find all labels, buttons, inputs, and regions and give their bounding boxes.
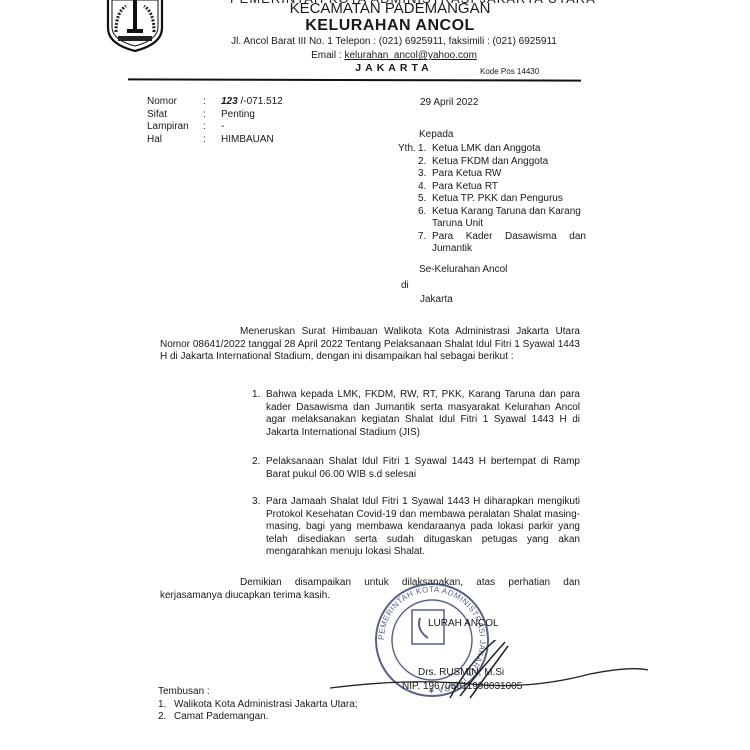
meta-hal: Hal : HIMBAUAN	[147, 134, 283, 147]
kepada-label: Kepada	[419, 129, 453, 142]
meta-colon: :	[203, 109, 221, 122]
signatory-position: LURAH ANCOL	[428, 618, 499, 629]
tembusan-item: 2. Camat Pademangan.	[158, 711, 358, 724]
recipient-text: Para Ketua RW	[432, 168, 501, 181]
recipient-item: 5.Ketua TP. PKK dan Pengurus	[418, 193, 586, 206]
recipient-number: 5.	[418, 193, 432, 206]
letterhead-kecamatan: KECAMATAN PADEMANGAN	[200, 0, 580, 17]
intro-paragraph: Meneruskan Surat Himbauan Walikota Kota …	[160, 326, 580, 364]
yth-label: Yth.	[398, 143, 416, 156]
letterhead-address: Jl. Ancol Barat III No. 1 Telepon : (021…	[214, 36, 574, 47]
meta-value: HIMBAUAN	[221, 134, 274, 147]
recipient-item: 1.Ketua LMK dan Anggota	[418, 143, 586, 156]
recipient-item: 4.Para Ketua RT	[418, 181, 586, 194]
tembusan-section: Tembusan : 1. Walikota Kota Administrasi…	[158, 686, 358, 724]
meta-nomor: Nomor : 123 /-071.512	[147, 96, 283, 109]
recipient-text: Ketua Karang Taruna dan Karang Taruna Un…	[432, 206, 586, 231]
recipient-list: 1.Ketua LMK dan Anggota2.Ketua FKDM dan …	[418, 143, 586, 256]
item-number: 2.	[158, 711, 174, 724]
tembusan-item: 1. Walikota Kota Administrasi Jakarta Ut…	[158, 699, 358, 712]
meta-label: Nomor	[147, 96, 203, 109]
meta-value: -	[221, 121, 224, 134]
item-number: 1.	[252, 389, 266, 439]
recipient-item: 7.Para Kader Dasawisma dan Jumantik	[418, 231, 586, 256]
letter-date: 29 April 2022	[420, 97, 478, 110]
closing-paragraph: Demikian disampaikan untuk dilaksanakan,…	[160, 577, 580, 602]
meta-colon: :	[203, 96, 221, 109]
item-text: Bahwa kepada LMK, FKDM, RW, RT, PKK, Kar…	[266, 389, 580, 439]
recipient-city: Jakarta	[420, 294, 453, 307]
email-label: Email :	[311, 50, 344, 61]
letterhead-kelurahan: KELURAHAN ANCOL	[200, 17, 580, 35]
item-number: 2.	[252, 456, 266, 481]
item-text: Para Jamaah Shalat Idul Fitri 1 Syawal 1…	[266, 496, 580, 559]
body-item: 3. Para Jamaah Shalat Idul Fitri 1 Syawa…	[252, 496, 580, 559]
recipient-text: Para Ketua RT	[432, 181, 498, 194]
meta-value: Penting	[221, 109, 255, 122]
signatory-nip: NIP. 196705011998031005	[402, 681, 522, 692]
signatory-name: Drs. RUSMIN, M.Si	[418, 667, 504, 678]
meta-value-text: /-071.512	[238, 96, 283, 107]
recipient-number: 3.	[418, 168, 432, 181]
jakarta-coat-of-arms-icon	[102, 0, 168, 52]
body-item: 1. Bahwa kepada LMK, FKDM, RW, RT, PKK, …	[252, 389, 580, 439]
meta-colon: :	[203, 134, 221, 147]
handwritten-number: 123	[221, 96, 238, 107]
body-item: 2. Pelaksanaan Shalat Idul Fitri 1 Syawa…	[252, 456, 580, 481]
letterhead-divider	[128, 78, 581, 81]
recipient-area: Se-Kelurahan Ancol	[419, 264, 507, 277]
email-link[interactable]: kelurahan_ancol@yahoo.com	[344, 50, 476, 61]
recipient-text: Ketua LMK dan Anggota	[432, 143, 540, 156]
meta-lampiran: Lampiran : -	[147, 121, 283, 134]
letterhead-email-line: Email : kelurahan_ancol@yahoo.com	[214, 50, 574, 61]
recipient-number: 1.	[418, 143, 432, 156]
recipient-item: 3.Para Ketua RW	[418, 168, 586, 181]
postal-code: Kode Pos 14430	[480, 67, 539, 76]
recipient-number: 7.	[418, 231, 432, 256]
meta-colon: :	[203, 121, 221, 134]
meta-label: Lampiran	[147, 121, 203, 134]
meta-value: 123 /-071.512	[221, 96, 283, 109]
item-text: Camat Pademangan.	[174, 711, 269, 724]
recipient-text: Ketua FKDM dan Anggota	[432, 156, 548, 169]
recipient-number: 4.	[418, 181, 432, 194]
recipient-item: 6.Ketua Karang Taruna dan Karang Taruna …	[418, 206, 586, 231]
meta-sifat: Sifat : Penting	[147, 109, 283, 122]
recipient-text: Ketua TP. PKK dan Pengurus	[432, 193, 563, 206]
recipient-number: 2.	[418, 156, 432, 169]
item-text: Pelaksanaan Shalat Idul Fitri 1 Syawal 1…	[266, 456, 580, 481]
recipient-text: Para Kader Dasawisma dan Jumantik	[432, 231, 586, 256]
item-number: 3.	[252, 496, 266, 559]
item-number: 1.	[158, 699, 174, 712]
tembusan-title: Tembusan :	[158, 686, 358, 699]
di-label: di	[401, 280, 409, 293]
recipient-item: 2.Ketua FKDM dan Anggota	[418, 156, 586, 169]
meta-label: Sifat	[147, 109, 203, 122]
item-text: Walikota Kota Administrasi Jakarta Utara…	[174, 699, 358, 712]
recipient-number: 6.	[418, 206, 432, 231]
letter-meta: Nomor : 123 /-071.512 Sifat : Penting La…	[147, 96, 283, 146]
meta-label: Hal	[147, 134, 203, 147]
